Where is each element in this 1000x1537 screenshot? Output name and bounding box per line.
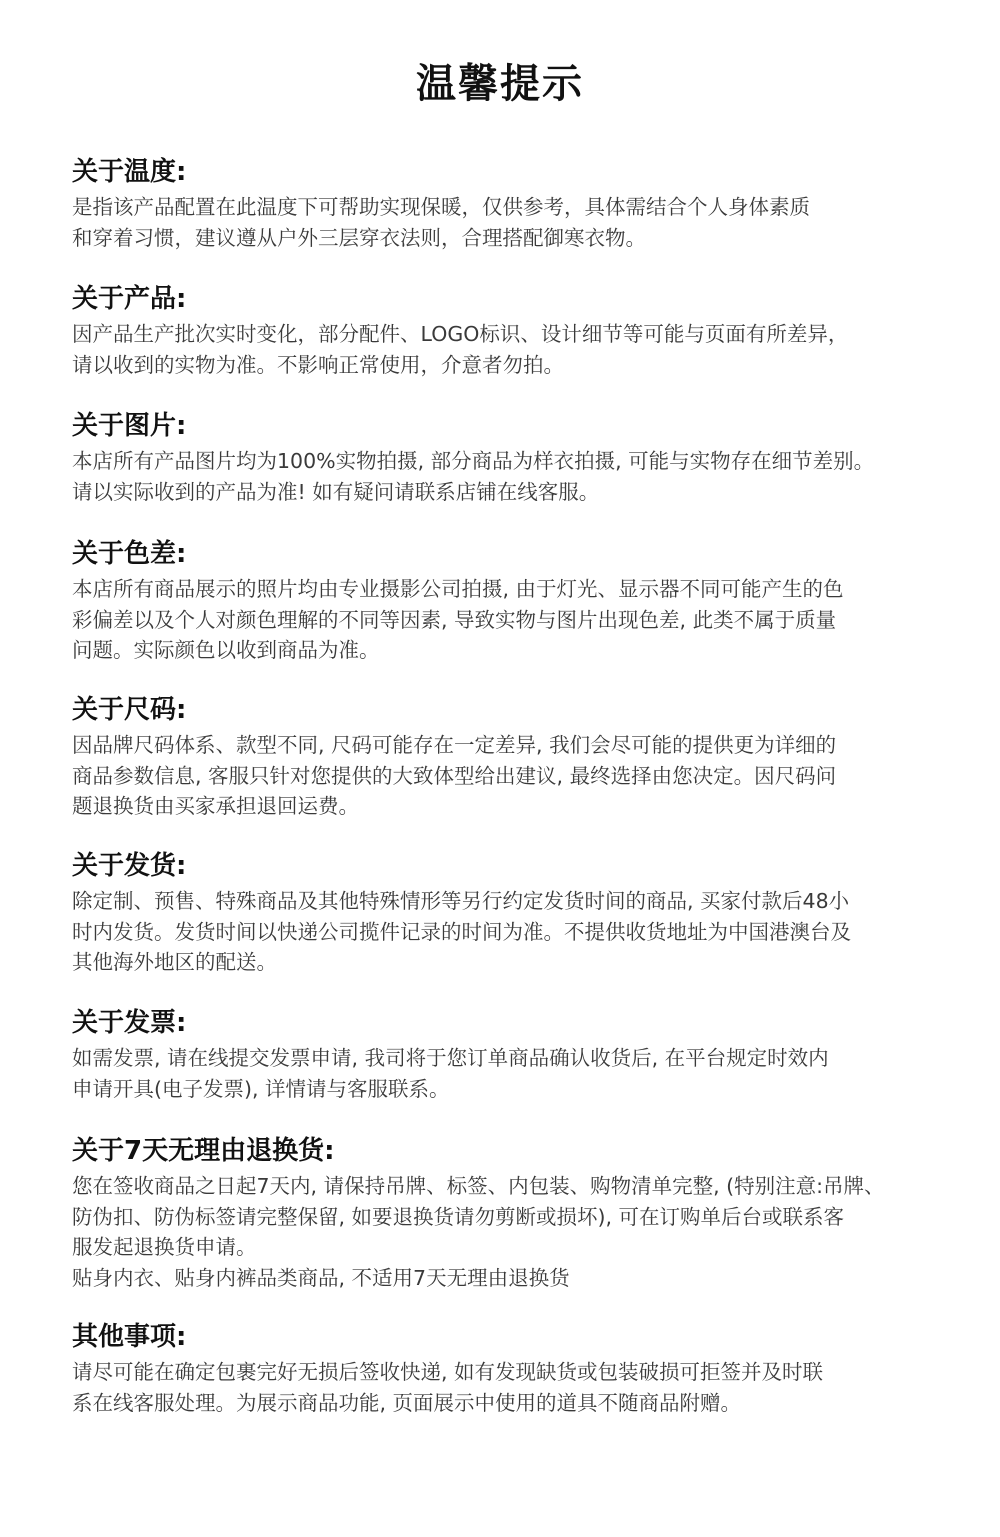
section-color-difference: 关于色差: 本店所有商品展示的照片均由专业摄影公司拍摄, 由于灯光、显示器不同可…: [72, 534, 844, 666]
section-text-line: 商品参数信息, 客服只针对您提供的大致体型给出建议, 最终选择由您决定。因尺码问: [72, 761, 836, 792]
section-heading: 关于色差:: [72, 534, 844, 574]
section-heading: 关于温度:: [72, 152, 810, 192]
section-text-line: 服发起退换货申请。: [72, 1232, 885, 1263]
section-heading: 关于发票:: [72, 1003, 829, 1043]
section-text-line: 贴身内衣、贴身内裤品类商品, 不适用7天无理由退换货: [72, 1263, 885, 1294]
section-text-line: 时内发货。发货时间以快递公司揽件记录的时间为准。不提供收货地址为中国港澳台及: [72, 917, 851, 948]
section-heading: 其他事项:: [72, 1317, 823, 1357]
section-invoice: 关于发票: 如需发票, 请在线提交发票申请, 我司将于您订单商品确认收货后, 在…: [72, 1003, 829, 1104]
section-heading: 关于图片:: [72, 406, 874, 446]
section-text-line: 本店所有产品图片均为100%实物拍摄, 部分商品为样衣拍摄, 可能与实物存在细节…: [72, 446, 874, 477]
section-heading: 关于发货:: [72, 846, 851, 886]
section-images: 关于图片: 本店所有产品图片均为100%实物拍摄, 部分商品为样衣拍摄, 可能与…: [72, 406, 874, 507]
page-title: 温馨提示: [0, 56, 1000, 112]
section-text-line: 系在线客服处理。为展示商品功能, 页面展示中使用的道具不随商品附赠。: [72, 1388, 823, 1419]
section-text-line: 和穿着习惯，建议遵从户外三层穿衣法则，合理搭配御寒衣物。: [72, 223, 810, 254]
section-other-matters: 其他事项: 请尽可能在确定包裹完好无损后签收快递, 如有发现缺货或包装破损可拒签…: [72, 1317, 823, 1418]
section-text-line: 其他海外地区的配送。: [72, 947, 851, 978]
section-text-line: 申请开具(电子发票), 详情请与客服联系。: [72, 1074, 829, 1105]
section-text-line: 因产品生产批次实时变化，部分配件、LOGO标识、设计细节等可能与页面有所差异，: [72, 319, 848, 350]
section-text-line: 请尽可能在确定包裹完好无损后签收快递, 如有发现缺货或包装破损可拒签并及时联: [72, 1357, 823, 1388]
section-text-line: 彩偏差以及个人对颜色理解的不同等因素, 导致实物与图片出现色差, 此类不属于质量: [72, 605, 844, 636]
section-text-line: 本店所有商品展示的照片均由专业摄影公司拍摄, 由于灯光、显示器不同可能产生的色: [72, 574, 844, 605]
section-text-line: 请以实际收到的产品为准! 如有疑问请联系店铺在线客服。: [72, 477, 874, 508]
section-text-line: 请以收到的实物为准。不影响正常使用，介意者勿拍。: [72, 350, 848, 381]
section-text-line: 防伪扣、防伪标签请完整保留, 如要退换货请勿剪断或损坏), 可在订购单后台或联系…: [72, 1202, 885, 1233]
section-product: 关于产品: 因产品生产批次实时变化，部分配件、LOGO标识、设计细节等可能与页面…: [72, 279, 848, 380]
section-text-line: 因品牌尺码体系、款型不同, 尺码可能存在一定差异, 我们会尽可能的提供更为详细的: [72, 730, 836, 761]
section-heading: 关于尺码:: [72, 690, 836, 730]
section-text-line: 除定制、预售、特殊商品及其他特殊情形等另行约定发货时间的商品, 买家付款后48小: [72, 886, 851, 917]
section-text-line: 题退换货由买家承担退回运费。: [72, 791, 836, 822]
section-7-day-return: 关于7天无理由退换货: 您在签收商品之日起7天内, 请保持吊牌、标签、内包装、购…: [72, 1131, 885, 1293]
section-heading: 关于7天无理由退换货:: [72, 1131, 885, 1171]
section-text-line: 问题。实际颜色以收到商品为准。: [72, 635, 844, 666]
section-heading: 关于产品:: [72, 279, 848, 319]
section-size: 关于尺码: 因品牌尺码体系、款型不同, 尺码可能存在一定差异, 我们会尽可能的提…: [72, 690, 836, 822]
section-shipping: 关于发货: 除定制、预售、特殊商品及其他特殊情形等另行约定发货时间的商品, 买家…: [72, 846, 851, 978]
section-text-line: 是指该产品配置在此温度下可帮助实现保暖，仅供参考，具体需结合个人身体素质: [72, 192, 810, 223]
section-text-line: 如需发票, 请在线提交发票申请, 我司将于您订单商品确认收货后, 在平台规定时效…: [72, 1043, 829, 1074]
section-text-line: 您在签收商品之日起7天内, 请保持吊牌、标签、内包装、购物清单完整, (特别注意…: [72, 1171, 885, 1202]
section-temperature: 关于温度: 是指该产品配置在此温度下可帮助实现保暖，仅供参考，具体需结合个人身体…: [72, 152, 810, 253]
